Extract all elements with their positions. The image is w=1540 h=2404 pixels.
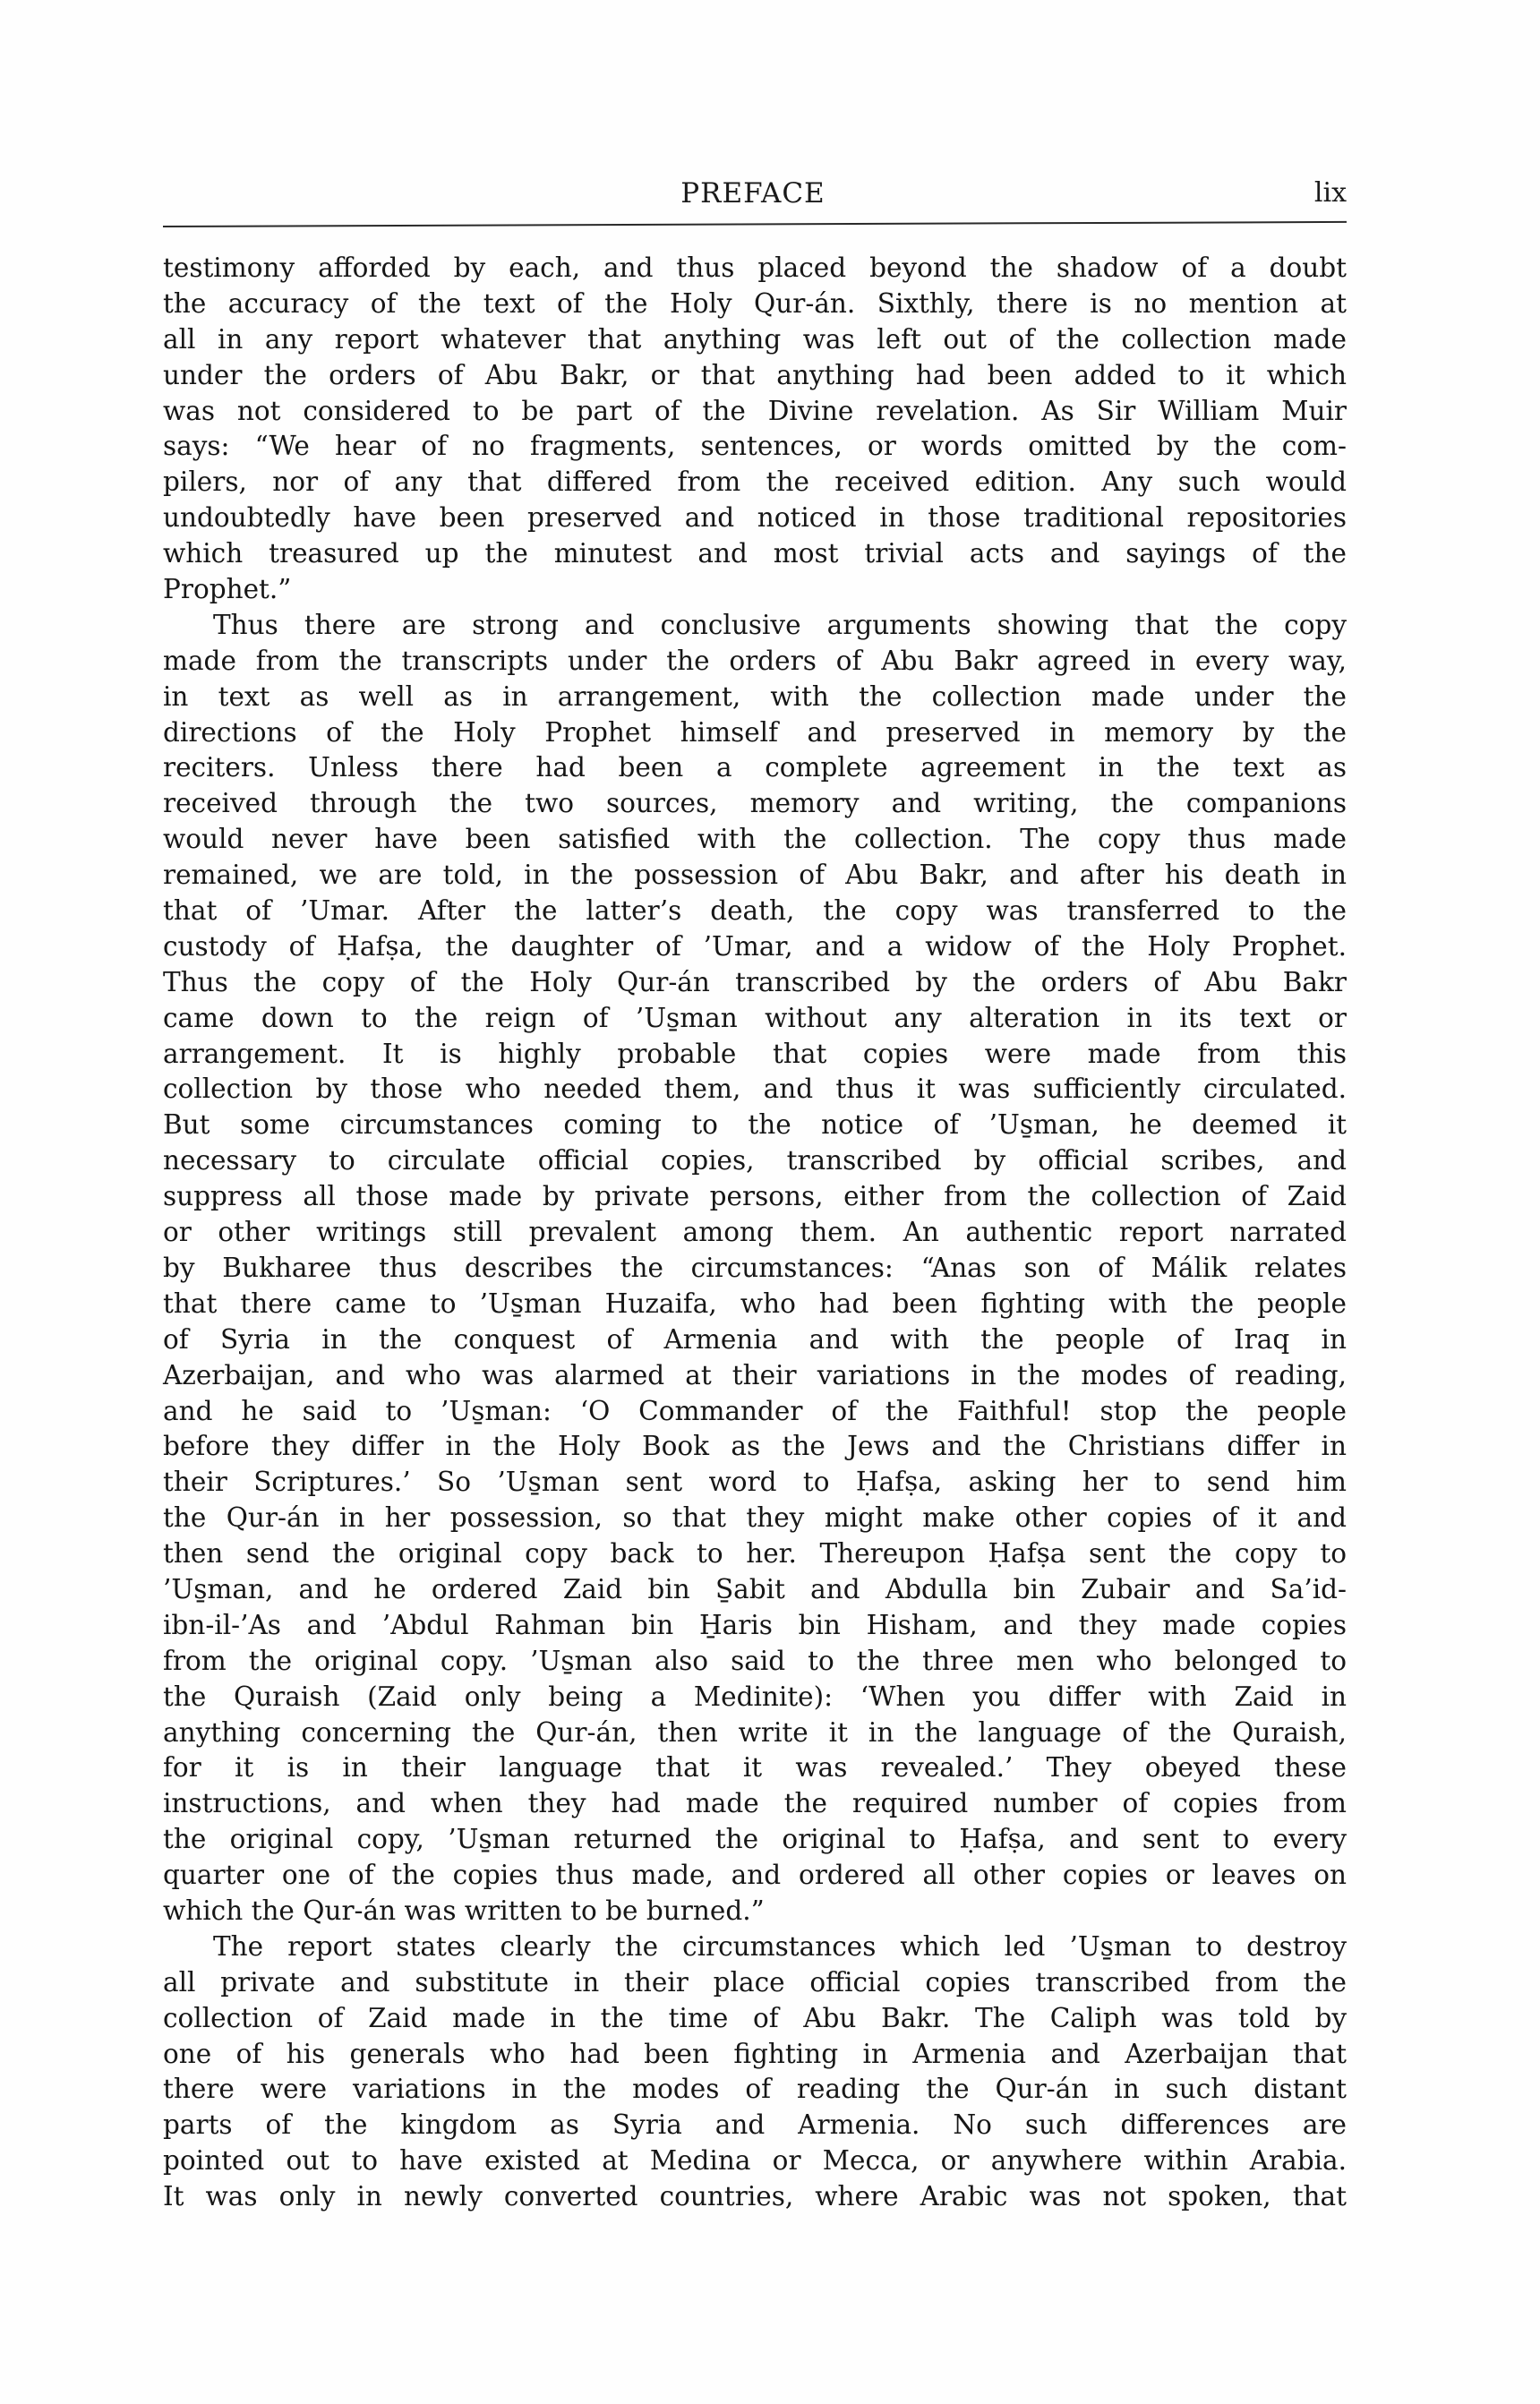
text-line: Azerbaijan, and who was alarmed at their… bbox=[163, 1358, 1347, 1394]
text-line: collection of Zaid made in the time of A… bbox=[163, 2001, 1347, 2037]
text-line: ibn-il-’As and ’Abdul Rahman bin H̱aris … bbox=[163, 1608, 1347, 1644]
text-line: anything concerning the Qur-án, then wri… bbox=[163, 1715, 1347, 1751]
text-line: their Scriptures.’ So ’Us̱man sent word … bbox=[163, 1465, 1347, 1501]
text-line: the accuracy of the text of the Holy Qur… bbox=[163, 287, 1347, 322]
text-line: by Bukharee thus describes the circumsta… bbox=[163, 1251, 1347, 1287]
text-line: the original copy, ’Us̱man returned the … bbox=[163, 1822, 1347, 1858]
text-line: of Syria in the conquest of Armenia and … bbox=[163, 1322, 1347, 1358]
text-line: all in any report whatever that anything… bbox=[163, 322, 1347, 358]
text-line: then send the original copy back to her.… bbox=[163, 1536, 1347, 1572]
text-line: in text as well as in arrangement, with … bbox=[163, 680, 1347, 715]
running-head: PREFACE lix bbox=[0, 175, 1540, 211]
text-line: or other writings still prevalent among … bbox=[163, 1215, 1347, 1251]
text-line: It was only in newly converted countries… bbox=[163, 2179, 1347, 2215]
text-line: there were variations in the modes of re… bbox=[163, 2072, 1347, 2108]
text-line: and he said to ’Us̱man: ‘O Commander of … bbox=[163, 1394, 1347, 1430]
text-line: But some circumstances coming to the not… bbox=[163, 1108, 1347, 1143]
text-line: all private and substitute in their plac… bbox=[163, 1965, 1347, 2001]
text-line: quarter one of the copies thus made, and… bbox=[163, 1858, 1347, 1894]
text-line: testimony afforded by each, and thus pla… bbox=[163, 251, 1347, 287]
paragraph: testimony afforded by each, and thus pla… bbox=[163, 251, 1347, 608]
text-line: Prophet.” bbox=[163, 572, 1347, 608]
text-line: remained, we are told, in the possession… bbox=[163, 858, 1347, 894]
text-line: arrangement. It is highly probable that … bbox=[163, 1037, 1347, 1073]
text-line: says: “We hear of no fragments, sentence… bbox=[163, 429, 1347, 465]
text-line: custody of Ḥafṣa, the daughter of ’Umar,… bbox=[163, 929, 1347, 965]
text-line: instructions, and when they had made the… bbox=[163, 1786, 1347, 1822]
text-line: one of his generals who had been fightin… bbox=[163, 2037, 1347, 2073]
text-line: which the Qur-án was written to be burne… bbox=[163, 1894, 1347, 1929]
text-line: under the orders of Abu Bakr, or that an… bbox=[163, 358, 1347, 394]
text-line: directions of the Holy Prophet himself a… bbox=[163, 715, 1347, 751]
text-line: undoubtedly have been preserved and noti… bbox=[163, 500, 1347, 536]
text-line: suppress all those made by private perso… bbox=[163, 1179, 1347, 1215]
text-line: for it is in their language that it was … bbox=[163, 1750, 1347, 1786]
book-page: PREFACE lix testimony afforded by each, … bbox=[0, 0, 1540, 2404]
text-line: before they differ in the Holy Book as t… bbox=[163, 1429, 1347, 1465]
text-line: ’Us̱man, and he ordered Zaid bin S̱abit … bbox=[163, 1572, 1347, 1608]
text-line: came down to the reign of ’Us̱man withou… bbox=[163, 1001, 1347, 1037]
text-line: would never have been satisfied with the… bbox=[163, 822, 1347, 858]
text-line: the Qur-án in her possession, so that th… bbox=[163, 1501, 1347, 1536]
text-line: The report states clearly the circumstan… bbox=[163, 1929, 1347, 1965]
text-line: the Quraish (Zaid only being a Medinite)… bbox=[163, 1680, 1347, 1715]
text-line: parts of the kingdom as Syria and Armeni… bbox=[163, 2108, 1347, 2143]
text-line: reciters. Unless there had been a comple… bbox=[163, 750, 1347, 786]
text-line: necessary to circulate official copies, … bbox=[163, 1143, 1347, 1179]
text-line: pilers, nor of any that differed from th… bbox=[163, 465, 1347, 500]
running-title: PREFACE bbox=[667, 175, 839, 211]
text-line: which treasured up the minutest and most… bbox=[163, 536, 1347, 572]
text-line: Thus the copy of the Holy Qur-án transcr… bbox=[163, 965, 1347, 1001]
text-line: collection by those who needed them, and… bbox=[163, 1072, 1347, 1108]
paragraph: The report states clearly the circumstan… bbox=[163, 1929, 1347, 2215]
text-line: made from the transcripts under the orde… bbox=[163, 644, 1347, 680]
text-line: pointed out to have existed at Medina or… bbox=[163, 2143, 1347, 2179]
text-line: received through the two sources, memory… bbox=[163, 786, 1347, 822]
body-text: testimony afforded by each, and thus pla… bbox=[163, 251, 1347, 2215]
text-line: was not considered to be part of the Div… bbox=[163, 394, 1347, 430]
header-rule bbox=[163, 221, 1347, 227]
paragraph: Thus there are strong and conclusive arg… bbox=[163, 608, 1347, 1929]
text-line: Thus there are strong and conclusive arg… bbox=[163, 608, 1347, 644]
text-line: that of ’Umar. After the latter’s death,… bbox=[163, 894, 1347, 929]
text-line: from the original copy. ’Us̱man also sai… bbox=[163, 1644, 1347, 1680]
text-line: that there came to ’Us̱man Huzaifa, who … bbox=[163, 1287, 1347, 1322]
page-number: lix bbox=[1298, 175, 1347, 211]
